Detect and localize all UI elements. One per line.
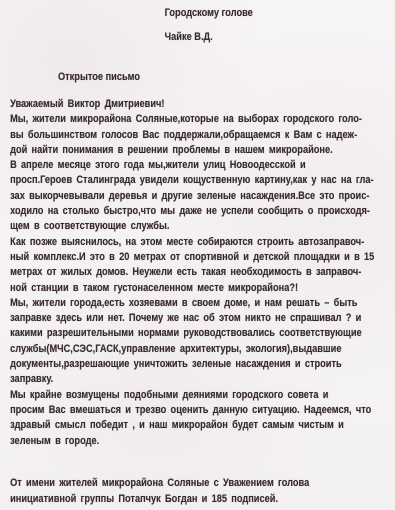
body-line: В апреле месяце этого года мы,жители ули…	[10, 158, 374, 173]
body-line: просп.Героев Сталинграда увидели кощуств…	[10, 173, 374, 188]
body-line: ходило на столько быстро,что мы даже не …	[10, 204, 374, 219]
body-line: зеленым в городе.	[10, 434, 374, 449]
body-line: щем в соответствующие службы.	[10, 219, 374, 234]
body-line: заправке здесь или нет. Почему же нас об…	[10, 311, 374, 326]
recipient-line: Чайке В.Д.	[165, 31, 253, 44]
recipient-line: Городскому голове	[165, 7, 253, 20]
body-line: дой найти понимания в решении проблемы в…	[10, 143, 374, 158]
body-line: ной станции в таком густонаселенном мест…	[10, 281, 374, 296]
body-line: Мы, жители микрорайона Соляные,которые н…	[10, 112, 374, 127]
subject-line: Открытое письмо	[58, 71, 140, 83]
body-line: какими разрешительными нормами руководст…	[10, 326, 374, 341]
body-line: документы,разрешающие уничтожить зеленые…	[10, 357, 374, 372]
scanned-letter: Городскому голове Чайке В.Д. Открытое пи…	[0, 0, 395, 510]
body-line: ный комплекс.И это в 20 метрах от спорти…	[10, 250, 374, 265]
signature-block: От имени жителей микрорайона Соляные с У…	[10, 476, 309, 507]
body-line: Мы, жители города,есть хозяевами в своем…	[10, 296, 374, 311]
signature-line: От имени жителей микрорайона Соляные с У…	[10, 476, 309, 492]
letter-page: { "page": { "colors": { "paper": "#f6f3f…	[0, 0, 395, 510]
body-line: здравый смысл победит , и наш микрорайон…	[10, 418, 374, 433]
body-line: Как позже выяснилось, на этом месте соби…	[10, 235, 374, 250]
body-line: Мы крайне возмущены подобными деяниями г…	[10, 388, 374, 403]
body-line: вы большинством голосов Вас поддержали,о…	[10, 128, 374, 143]
body-line: Уважаемый Виктор Дмитриевич!	[10, 97, 374, 112]
signature-line: инициативной группы Потапчук Богдан и 18…	[10, 492, 309, 508]
recipient-block: Городскому голове Чайке В.Д.	[165, 7, 253, 44]
body-line: метрах от жилых домов. Неужели есть така…	[10, 265, 374, 280]
body-line: зах выкорчевывали деревья и другие зелен…	[10, 189, 374, 204]
body-line: заправку.	[10, 372, 374, 387]
body-line: службы(МЧС,СЭС,ГАСК,управление архитекту…	[10, 342, 374, 357]
letter-body: Уважаемый Виктор Дмитриевич! Мы, жители …	[10, 97, 374, 449]
body-line: просим Вас вмешаться и трезво оценить да…	[10, 403, 374, 418]
